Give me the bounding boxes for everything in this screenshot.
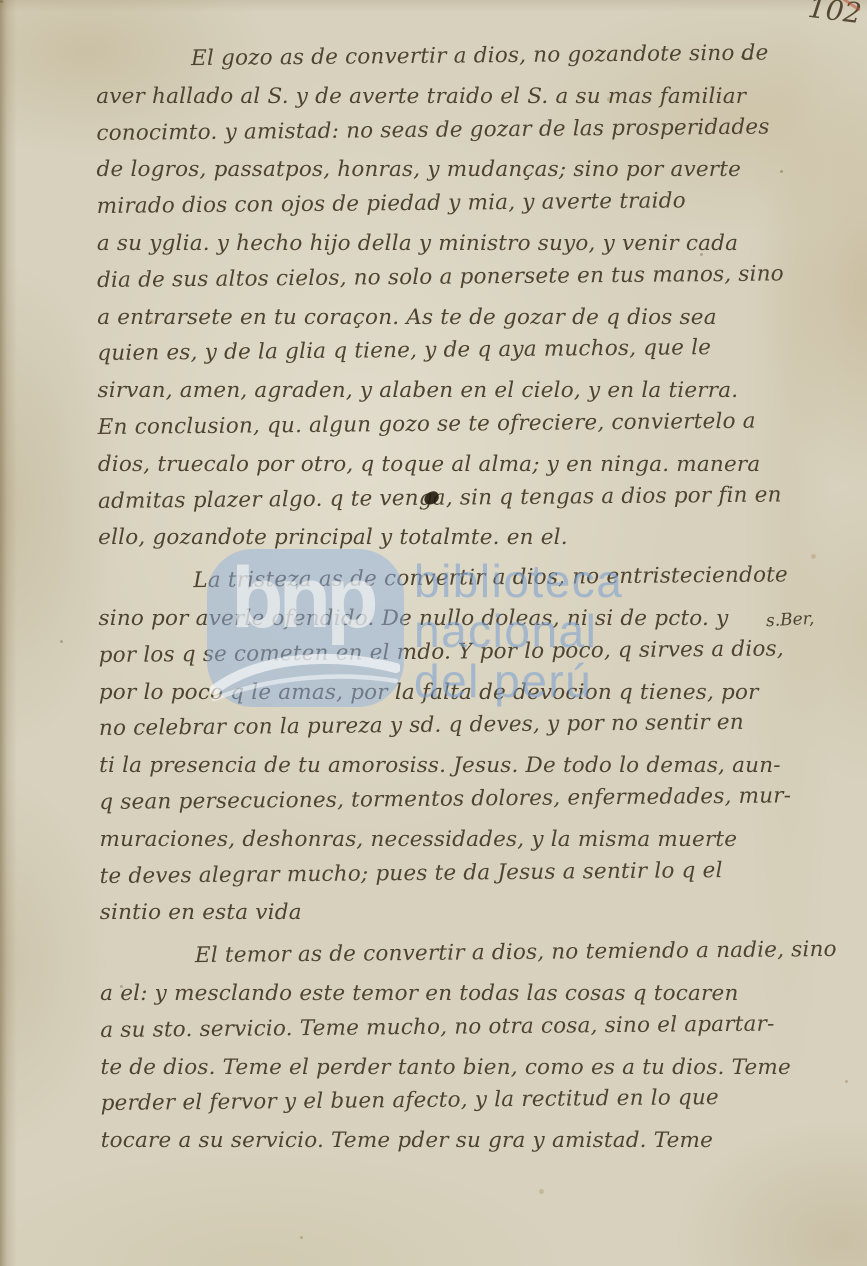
paragraph: La tristeza as de convertir a dios, no e… — [98, 561, 812, 932]
text-block: El gozo as de convertir a dios, no gozan… — [96, 39, 813, 1160]
manuscript-line: tocare a su servicio. Teme pder su gra y… — [101, 1123, 813, 1160]
manuscript-line: perder el fervor y el buen afecto, y la … — [100, 1079, 812, 1123]
manuscript-line: por los q se cometen en el mdo. Y por lo… — [99, 631, 811, 675]
manuscript-line: a su sto. servicio. Teme mucho, no otra … — [100, 1006, 812, 1050]
manuscript-line: conocimto. y amistad: no seas de gozar d… — [96, 109, 808, 153]
manuscript-line: quien es, y de la glia q tiene, y de q a… — [97, 330, 809, 374]
scanned-document: 102 El gozo as de convertir a dios, no g… — [0, 0, 867, 1266]
paragraph: El temor as de convertir a dios, no temi… — [100, 936, 813, 1160]
foxing-specks — [0, 0, 3, 3]
manuscript-line: dia de sus altos cielos, no solo a poner… — [97, 256, 809, 300]
manuscript-line: El temor as de convertir a dios, no temi… — [100, 932, 812, 976]
manuscript-line: La tristeza as de convertir a dios, no e… — [98, 557, 810, 601]
manuscript-line: te deves alegrar mucho; pues te da Jesus… — [99, 852, 811, 896]
manuscript-page: 102 El gozo as de convertir a dios, no g… — [0, 0, 867, 1266]
manuscript-line: mirado dios con ojos de piedad y mia, y … — [97, 182, 809, 226]
paragraph: El gozo as de convertir a dios, no gozan… — [96, 39, 810, 557]
margin-note: s.Ber, — [766, 609, 815, 632]
manuscript-line: El gozo as de convertir a dios, no gozan… — [96, 35, 808, 79]
manuscript-line: admitas plazer algo. q te venga, sin q t… — [98, 477, 810, 521]
manuscript-line: ello, gozandote principal y totalmte. en… — [98, 520, 810, 557]
manuscript-line: no celebrar con la pureza y sd. q deves,… — [99, 705, 811, 749]
manuscript-line: q sean persecuciones, tormentos dolores,… — [99, 778, 811, 822]
manuscript-line: En conclusion, qu. algun gozo se te ofre… — [98, 403, 810, 447]
manuscript-line: sintio en esta vida — [100, 895, 812, 932]
